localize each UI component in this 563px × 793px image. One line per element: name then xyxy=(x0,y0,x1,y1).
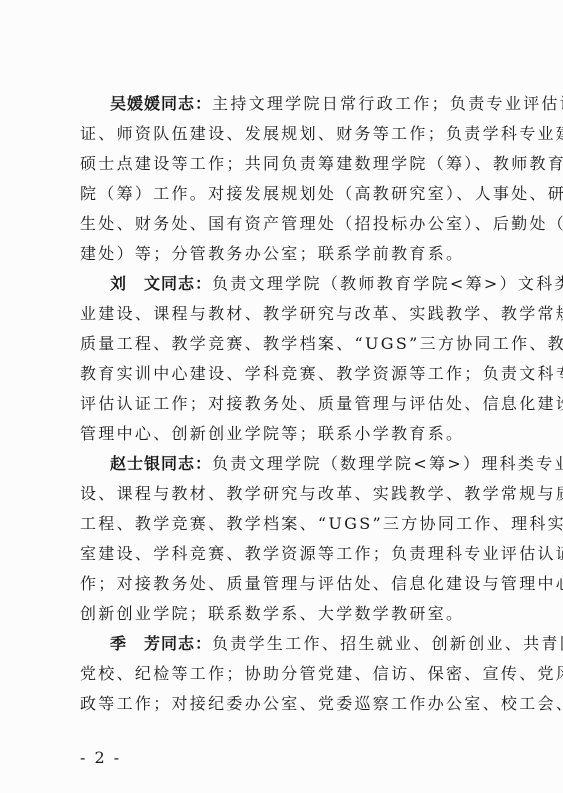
paragraph-3-line-3: 工程、教学竞赛、教学档案、“UGS”三方协同工作、理科实验 xyxy=(80,514,520,534)
person-name: 吴媛媛同志： xyxy=(110,94,212,113)
paragraph-2-line-1: 刘 文同志：负责文理学院（教师教育学院<筹>）文科类专 xyxy=(110,274,520,294)
paragraph-3-line-4: 室建设、学科竞赛、教学资源等工作；负责理科专业评估认证工 xyxy=(80,544,520,564)
paragraph-3-line-2: 设、课程与教材、教学研究与改革、实践教学、教学常规与质量 xyxy=(80,484,520,504)
paragraph-1-line-5: 生处、财务处、国有资产管理处（招投标办公室）、后勤处（基 xyxy=(80,214,520,234)
paragraph-3-line-5: 作；对接教务处、质量管理与评估处、信息化建设与管理中心、 xyxy=(80,574,520,594)
paragraph-1-line-6: 建处）等；分管教务办公室；联系学前教育系。 xyxy=(80,244,520,264)
paragraph-2-line-5: 评估认证工作；对接教务处、质量管理与评估处、信息化建设与 xyxy=(80,394,520,414)
person-name: 季 芳同志： xyxy=(110,634,212,653)
paragraph-1-line-4: 院（筹）工作。对接发展规划处（高教研究室）、人事处、研究 xyxy=(80,184,520,204)
paragraph-2-line-4: 教育实训中心建设、学科竞赛、教学资源等工作；负责文科专业 xyxy=(80,364,520,384)
paragraph-4-line-1: 季 芳同志：负责学生工作、招生就业、创新创业、共青团、 xyxy=(110,634,520,654)
document-page: 吴媛媛同志：主持文理学院日常行政工作；负责专业评估认 证、师资队伍建设、发展规划… xyxy=(0,0,563,793)
page-number: - 2 - xyxy=(80,748,121,768)
paragraph-3-line-6: 创新创业学院；联系数学系、大学数学教研室。 xyxy=(80,604,520,624)
paragraph-4-line-2: 党校、纪检等工作；协助分管党建、信访、保密、宣传、党风廉 xyxy=(80,664,520,684)
paragraph-2-line-3: 质量工程、教学竞赛、教学档案、“UGS”三方协同工作、教师 xyxy=(80,334,520,354)
paragraph-1-line-1: 吴媛媛同志：主持文理学院日常行政工作；负责专业评估认 xyxy=(110,94,520,114)
paragraph-1-line-3: 硕士点建设等工作；共同负责筹建数理学院（筹）、教师教育学 xyxy=(80,154,520,174)
paragraph-3-line-1: 赵士银同志：负责文理学院（数理学院<筹>）理科类专业建 xyxy=(110,454,520,474)
paragraph-1-line-2: 证、师资队伍建设、发展规划、财务等工作；负责学科专业建设、 xyxy=(80,124,520,144)
paragraph-4-line-3: 政等工作；对接纪委办公室、党委巡察工作办公室、校工会、审 xyxy=(80,694,520,714)
person-name: 赵士银同志： xyxy=(110,454,212,473)
person-name: 刘 文同志： xyxy=(110,274,212,293)
paragraph-2-line-6: 管理中心、创新创业学院等；联系小学教育系。 xyxy=(80,424,520,444)
paragraph-2-line-2: 业建设、课程与教材、教学研究与改革、实践教学、教学常规与 xyxy=(80,304,520,324)
